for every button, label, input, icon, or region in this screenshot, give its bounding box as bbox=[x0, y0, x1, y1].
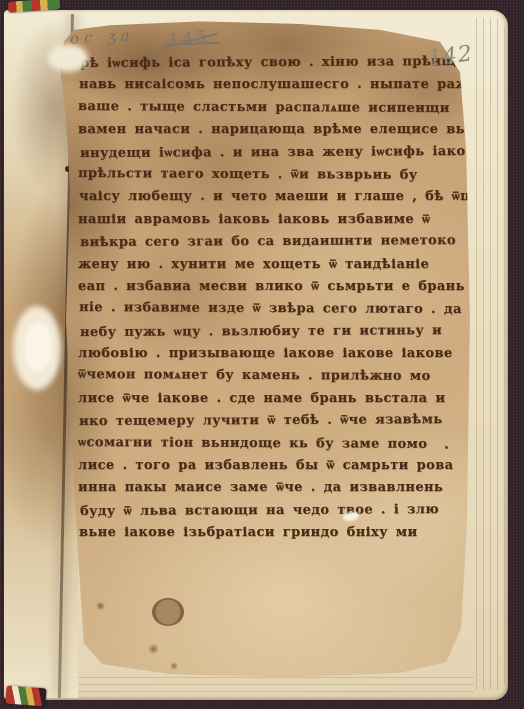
manuscript-text-line: любовію . призывающе іакове іакове іаков… bbox=[78, 343, 460, 365]
manuscript-text-line: ико тещемеру лучити ѿ тебѣ . ѿче язавѣмь bbox=[79, 409, 460, 433]
manuscript-text-line: виѣкра сего згаи бо са видаишити неметок… bbox=[80, 230, 460, 254]
stain-dot bbox=[96, 602, 105, 610]
torn-patch-top bbox=[48, 44, 88, 72]
torn-patch-gutter-core bbox=[24, 322, 52, 372]
manuscript-text-line: лисе ѿче іакове . сде наме брань вьстала… bbox=[78, 388, 460, 410]
manuscript-text-line: ѿчемон помѧнет бу камень . прилѣжно мо bbox=[78, 364, 460, 388]
ink-speck bbox=[445, 446, 448, 449]
stain-dot bbox=[170, 662, 178, 670]
manuscript-text-line: еап . избавиа месви влико ѿ сьмрьти е бр… bbox=[78, 276, 460, 298]
manuscript-text-line: лисе . того ра избавлень бы ѿ самрьти ро… bbox=[78, 455, 460, 477]
manuscript-text-line: инна пакы маисе заме ѿче . да извавлнень bbox=[78, 477, 460, 499]
manuscript-text-line: небу пужь ѡцу . вьзлюбиу те ги истиньу и bbox=[80, 320, 460, 344]
manuscript-text-line: ваше . тыще сластьми распалѧше исипеищи bbox=[78, 96, 460, 120]
manuscript-text-line: вьне іакове ізьбратіаси гриндо бніху ми bbox=[79, 522, 460, 544]
manuscript-text-line: вамен начаси . нарицающа врѣме елещисе в… bbox=[78, 119, 460, 141]
stain-dot bbox=[148, 644, 159, 654]
manuscript-text-line: рѣ іѡсифь іса гопѣху свою . хіню иза прѣ… bbox=[80, 51, 460, 75]
text-block: рѣ іѡсифь іса гопѣху свою . хіню иза прѣ… bbox=[78, 52, 460, 545]
manuscript-text-line: ніе . избавиме изде ѿ звѣра сего лютаго … bbox=[79, 297, 460, 321]
manuscript-photo: рѣ іѡсифь іса гопѣху свою . хіню иза прѣ… bbox=[0, 0, 524, 709]
manuscript-text-line: прѣльсти таего хощеть . ѿи вьзврьиь бу bbox=[78, 163, 460, 187]
pencil-annotation-left: ос ӡа bbox=[70, 26, 135, 47]
endband-bottom-icon bbox=[5, 686, 46, 707]
manuscript-text-line: ѡсомагни тіон вьнидоще кь бу заме помо bbox=[78, 432, 460, 456]
stain-ring bbox=[152, 598, 184, 626]
manuscript-text-line: нашіи аврамовь іаковь іаковь избавиме ѿ bbox=[78, 209, 460, 231]
manuscript-text-line: буду ѿ льва встающи на чедо твое . і злю bbox=[80, 499, 460, 523]
manuscript-leaf: рѣ іѡсифь іса гопѣху свою . хіню иза прѣ… bbox=[56, 20, 472, 678]
manuscript-text-line: инудещи іѡсифа . и ина зва жену іѡсифь і… bbox=[80, 141, 460, 165]
manuscript-text-line: навь нисаісомь непослушашесго . ныпате р… bbox=[79, 74, 460, 96]
manuscript-text-line: жену ию . хунити ме хощеть ѿ таидѣіаніе bbox=[78, 254, 460, 276]
manuscript-text-line: чаісу любещу . и чето маеши и глаше , бѣ… bbox=[79, 186, 460, 208]
